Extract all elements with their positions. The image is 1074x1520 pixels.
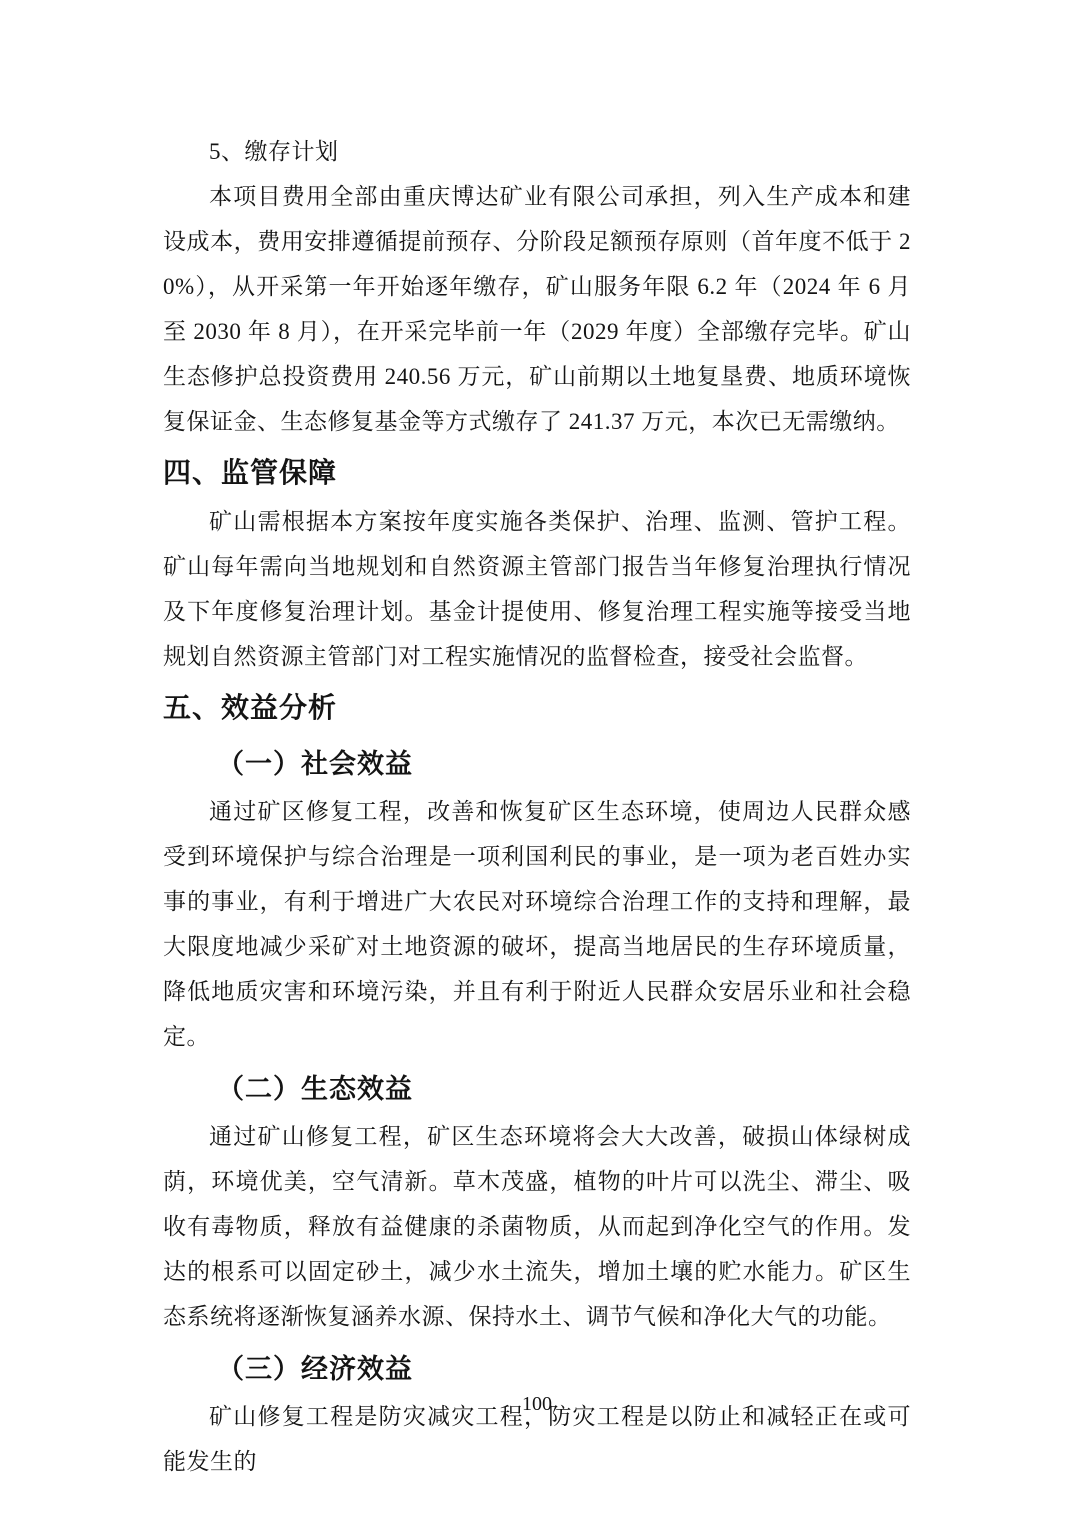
section-heading-benefit-analysis: 五、效益分析 [163, 684, 911, 734]
subheading-social-benefit: （一）社会效益 [163, 739, 911, 789]
section-heading-supervision: 四、监管保障 [163, 449, 911, 499]
page-number: 100 [0, 1390, 1074, 1418]
subheading-economic-benefit: （三）经济效益 [163, 1344, 911, 1394]
paragraph-ecological-benefit: 通过矿山修复工程，矿区生态环境将会大大改善，破损山体绿树成荫，环境优美，空气清新… [163, 1114, 911, 1339]
subheading-ecological-benefit: （二）生态效益 [163, 1064, 911, 1114]
paragraph-social-benefit: 通过矿区修复工程，改善和恢复矿区生态环境，使周边人民群众感受到环境保护与综合治理… [163, 789, 911, 1059]
document-body: 5、缴存计划 本项目费用全部由重庆博达矿业有限公司承担，列入生产成本和建设成本，… [163, 129, 911, 1484]
numbered-item-deposit-plan: 5、缴存计划 [163, 129, 911, 174]
paragraph-supervision: 矿山需根据本方案按年度实施各类保护、治理、监测、管护工程。矿山每年需向当地规划和… [163, 499, 911, 679]
paragraph-deposit-plan: 本项目费用全部由重庆博达矿业有限公司承担，列入生产成本和建设成本，费用安排遵循提… [163, 174, 911, 444]
document-page: 5、缴存计划 本项目费用全部由重庆博达矿业有限公司承担，列入生产成本和建设成本，… [0, 0, 1074, 1520]
